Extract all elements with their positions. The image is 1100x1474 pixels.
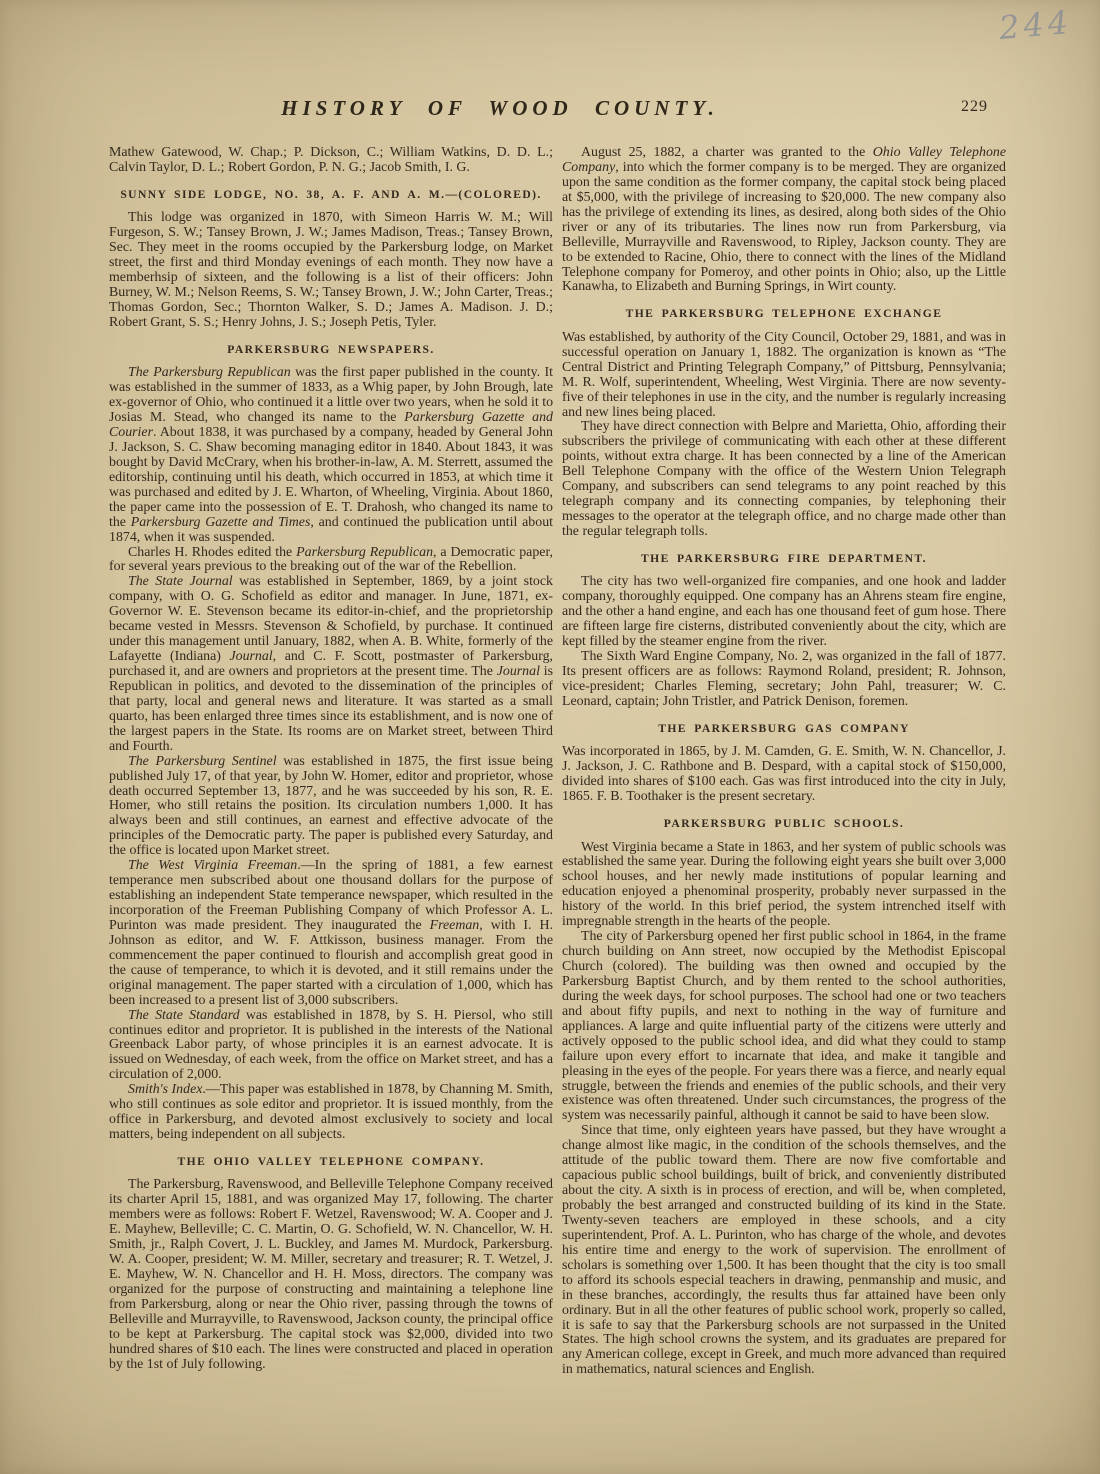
section-heading: THE OHIO VALLEY TELEPHONE COMPANY. [109,1156,553,1168]
section-heading: THE PARKERSBURG GAS COMPANY [562,723,1006,735]
body-paragraph: Smith's Index.—This paper was establishe… [109,1083,553,1143]
section-heading: PARKERSBURG NEWSPAPERS. [109,344,553,356]
body-paragraph: The Sixth Ward Engine Company, No. 2, wa… [562,650,1006,710]
section-heading: PARKERSBURG PUBLIC SCHOOLS. [562,818,1006,830]
body-paragraph: West Virginia became a State in 1863, an… [562,841,1006,931]
body-paragraph: The Parkersburg Republican was the first… [109,366,553,545]
body-paragraph: August 25, 1882, a charter was granted t… [562,146,1006,295]
body-paragraph: Mathew Gatewood, W. Chap.; P. Dickson, C… [109,146,553,176]
book-page: 244 HISTORY OF WOOD COUNTY. 229 Mathew G… [0,0,1100,1474]
body-paragraph: Charles H. Rhodes edited the Parkersburg… [109,546,553,576]
page-number: 229 [961,98,988,116]
section-heading: THE PARKERSBURG TELEPHONE EXCHANGE [562,308,1006,320]
body-paragraph: Was incorporated in 1865, by J. M. Camde… [562,745,1006,805]
body-paragraph: The Parkersburg Sentinel was established… [109,755,553,860]
section-heading: THE PARKERSBURG FIRE DEPARTMENT. [562,553,1006,565]
body-paragraph: The city of Parkersburg opened her first… [562,930,1006,1124]
handwritten-folio-number: 244 [997,3,1073,47]
body-paragraph: Was established, by authority of the Cit… [562,331,1006,421]
body-paragraph: This lodge was organized in 1870, with S… [109,211,553,331]
left-column: Mathew Gatewood, W. Chap.; P. Dickson, C… [109,146,553,1373]
body-paragraph: The city has two well-organized fire com… [562,575,1006,650]
body-paragraph: The State Standard was established in 18… [109,1009,553,1084]
right-column: August 25, 1882, a charter was granted t… [562,146,1006,1378]
body-paragraph: They have direct connection with Belpre … [562,420,1006,540]
section-heading: SUNNY SIDE LODGE, NO. 38, A. F. AND A. M… [109,189,553,201]
page-title: HISTORY OF WOOD COUNTY. [110,96,890,121]
body-paragraph: The Parkersburg, Ravenswood, and Bellevi… [109,1178,553,1372]
body-paragraph: The State Journal was established in Sep… [109,575,553,754]
body-paragraph: The West Virginia Freeman.—In the spring… [109,859,553,1008]
body-paragraph: Since that time, only eighteen years hav… [562,1124,1006,1378]
running-head: HISTORY OF WOOD COUNTY. 229 [110,96,1000,122]
